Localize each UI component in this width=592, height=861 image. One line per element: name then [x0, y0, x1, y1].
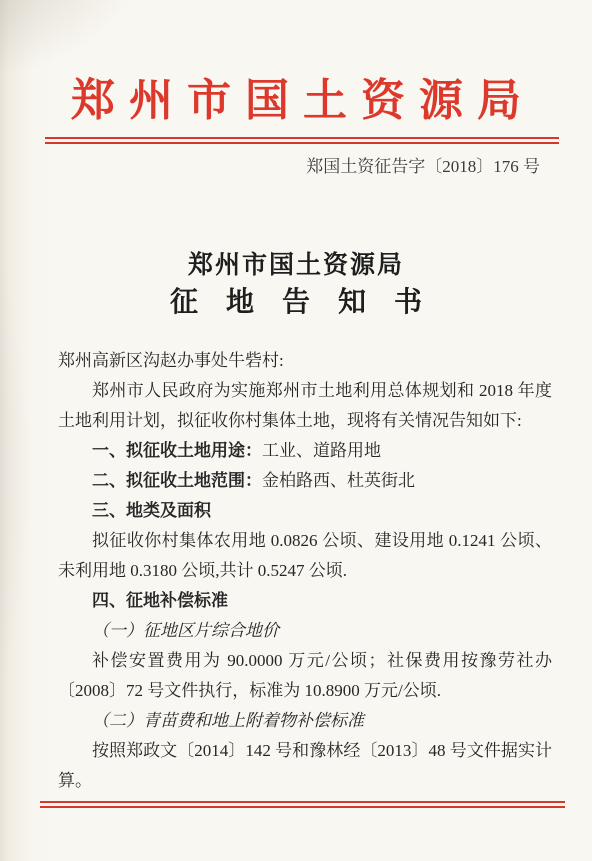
section-2-heading: 二、拟征收土地范围：	[92, 471, 262, 490]
attachment-compensation-paragraph: 按照郑政文〔2014〕142 号和豫林经〔2013〕48 号文件据实计算。	[58, 736, 552, 796]
section-1-value: 工业、道路用地	[262, 441, 381, 460]
section-1-land-use: 一、拟征收土地用途：工业、道路用地	[58, 436, 552, 466]
scanned-document-page: 郑州市国土资源局 郑国土资征告字〔2018〕176 号 郑州市国土资源局 征地告…	[0, 0, 592, 861]
section-1-heading: 一、拟征收土地用途：	[92, 441, 262, 460]
agency-letterhead: 郑州市国土资源局	[0, 0, 592, 130]
area-detail-paragraph: 拟征收你村集体农用地 0.0826 公顷、建设用地 0.1241 公顷、未利用地…	[58, 526, 552, 586]
subsection-1-heading: （一）征地区片综合地价	[58, 616, 552, 646]
section-4-compensation: 四、征地补偿标准	[58, 586, 552, 616]
section-3-land-type-area: 三、地类及面积	[58, 496, 552, 526]
section-2-value: 金柏路西、杜英街北	[262, 471, 415, 490]
intro-paragraph: 郑州市人民政府为实施郑州市土地利用总体规划和 2018 年度土地利用计划，拟征收…	[58, 376, 552, 436]
document-title-block: 郑州市国土资源局 征地告知书	[0, 251, 592, 320]
footer-divider-rule	[40, 801, 565, 808]
letterhead-divider-rule	[45, 137, 559, 144]
compensation-detail-paragraph: 补偿安置费用为 90.0000 万元/公顷；社保费用按豫劳社办〔2008〕72 …	[58, 646, 552, 706]
document-title-agency: 郑州市国土资源局	[0, 251, 592, 281]
document-reference-number: 郑国土资征告字〔2018〕176 号	[0, 155, 540, 179]
document-body: 郑州高新区沟赵办事处牛砦村: 郑州市人民政府为实施郑州市土地利用总体规划和 20…	[58, 346, 552, 796]
section-4-heading: 四、征地补偿标准	[92, 591, 228, 610]
section-2-land-scope: 二、拟征收土地范围：金柏路西、杜英街北	[58, 466, 552, 496]
addressee-line: 郑州高新区沟赵办事处牛砦村:	[58, 346, 552, 376]
section-3-heading: 三、地类及面积	[92, 501, 211, 520]
document-title-notice: 征地告知书	[0, 286, 592, 320]
subsection-2-heading: （二）青苗费和地上附着物补偿标准	[58, 706, 552, 736]
